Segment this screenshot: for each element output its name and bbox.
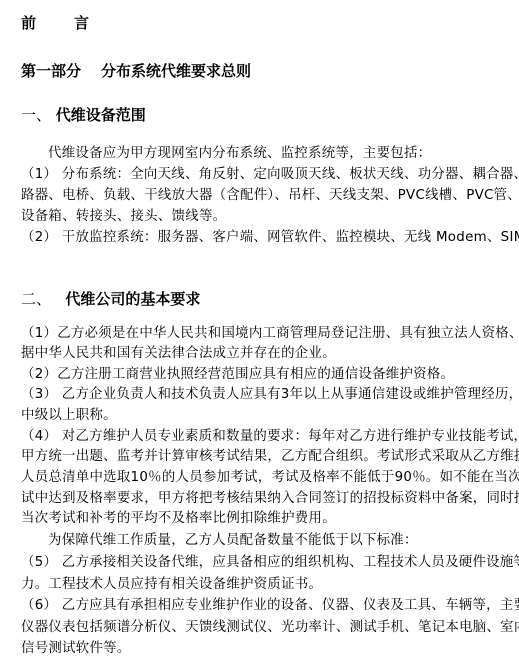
paragraph-line: 信号测试软件等。	[21, 641, 131, 657]
part-heading: 第一部分分布系统代维要求总则	[21, 62, 251, 80]
section-1-title: 代维设备范围	[56, 106, 146, 124]
document-page: 前言 第一部分分布系统代维要求总则 一、 代维设备范围 代维设备应为甲方现网室内…	[0, 0, 519, 665]
paragraph-line: 当次考试和补考的平均不及格率比例扣除维护费用。	[21, 511, 336, 527]
section-2-heading: 二、 代维公司的基本要求	[21, 290, 200, 308]
part-heading-number: 第一部分	[21, 62, 81, 80]
preface-title: 前言	[21, 14, 89, 32]
paragraph-line: （6） 乙方应具有承担相应专业维护作业的设备、仪器、仪表及工具、车辆等，主要的	[21, 598, 519, 614]
paragraph-line: 仪器仪表包括频谱分析仪、天馈线测试仪、光功率计、测试手机、笔记本电脑、室内	[21, 620, 519, 636]
paragraph-line: 据中华人民共和国有关法律合法成立并存在的企业。	[21, 346, 336, 362]
paragraph-line: 路器、电桥、负载、干线放大器（含配件）、吊杆、天线支架、PVC线槽、PVC管、托…	[21, 188, 519, 204]
paragraph-line: 甲方统一出题、监考并计算审核考试结果，乙方配合组织。考试形式采取从乙方维护	[21, 449, 519, 465]
paragraph-line: 设备箱、转接头、接头、馈线等。	[21, 209, 226, 225]
paragraph-line: （2）乙方注册工商营业执照经营范围应具有相应的通信设备维护资格。	[21, 367, 454, 383]
paragraph-line: （2） 干放监控系统：服务器、客户端、网管软件、监控模块、无线 Modem、SI…	[21, 230, 519, 246]
paragraph-line: （1） 分布系统：全向天线、角反射、定向吸顶天线、板状天线、功分器、耦合器、合	[21, 167, 519, 183]
paragraph-line: （5） 乙方承接相关设备代维，应具备相应的组织机构、工程技术人员及硬件设施等能	[21, 555, 519, 571]
preface-title-char-2: 言	[74, 14, 89, 32]
section-2-number: 二、	[21, 290, 51, 308]
part-heading-text: 分布系统代维要求总则	[101, 62, 251, 80]
preface-title-char-1: 前	[21, 14, 36, 32]
paragraph-line: 为保障代维工作质量，乙方人员配备数量不能低于以下标准：	[48, 533, 418, 549]
paragraph-line: （1）乙方必须是在中华人民共和国境内工商管理局登记注册、具有独立法人资格、根	[21, 326, 519, 342]
section-1-heading: 一、 代维设备范围	[21, 106, 146, 124]
paragraph-line: 人员总清单中选取10％的人员参加考试，考试及格率不能低于90％。如不能在当次考	[21, 470, 519, 486]
section-1-number: 一、	[21, 106, 51, 124]
paragraph-line: 中级以上职称。	[21, 408, 117, 424]
section-2-title: 代维公司的基本要求	[65, 290, 200, 308]
paragraph-line: 试中达到及格率要求，甲方将把考核结果纳入合同签订的招投标资料中备案，同时按	[21, 491, 519, 507]
paragraph-line: （4） 对乙方维护人员专业素质和数量的要求：每年对乙方进行维护专业技能考试，由	[21, 429, 519, 445]
paragraph-line: （3） 乙方企业负责人和技术负责人应具有3年以上从事通信建设或维护管理经历，有	[21, 387, 519, 403]
paragraph-line: 力。工程技术人员应持有相关设备维护资质证书。	[21, 577, 322, 593]
paragraph-line: 代维设备应为甲方现网室内分布系统、监控系统等，主要包括：	[48, 146, 431, 162]
